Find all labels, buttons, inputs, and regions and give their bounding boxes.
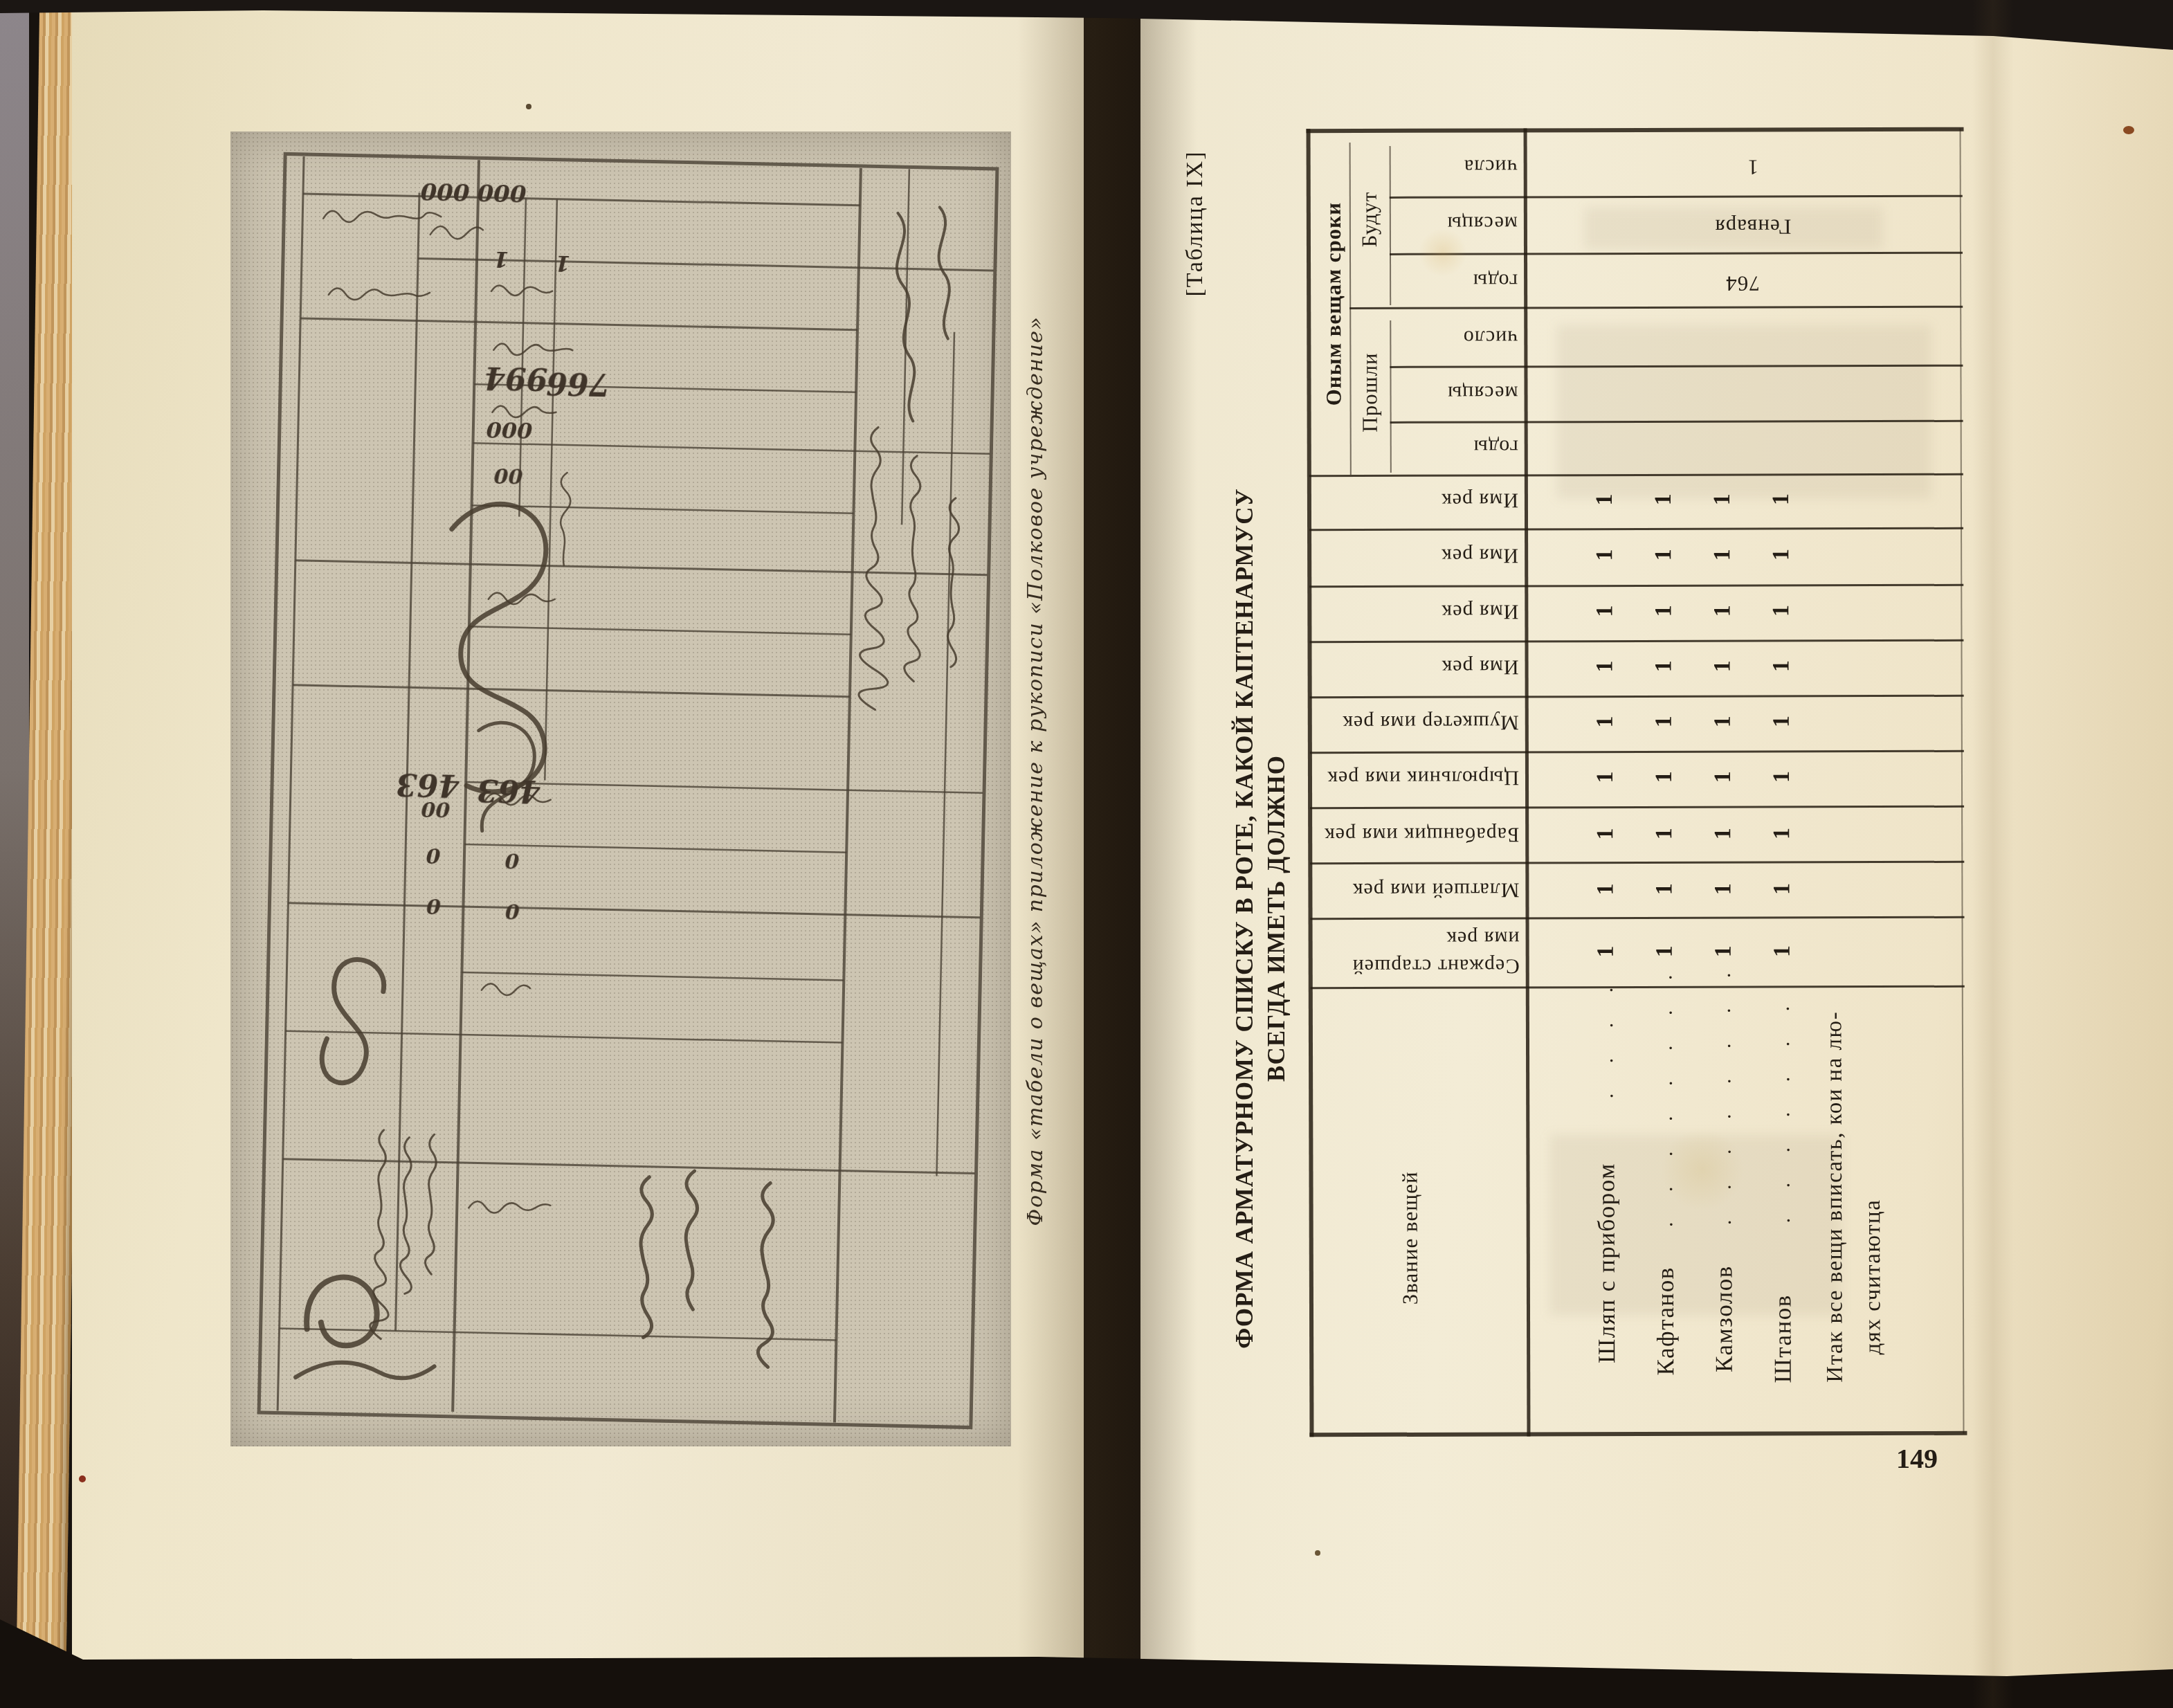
qty-cell: 1 (1709, 653, 1738, 680)
col-header-musketeer: Мушкетер имя рек (1301, 707, 1519, 737)
item-note-line2: дях считаютца (1857, 1144, 1889, 1410)
qty-cell: 1 (1767, 819, 1797, 847)
table-rule (1390, 420, 1963, 424)
qty-cell: 1 (1767, 652, 1797, 680)
paper-stain (1419, 228, 1467, 277)
page-number: 149 (1869, 1442, 1965, 1475)
facsimile-number: 000 (471, 177, 534, 208)
date-month: Генваря (1677, 212, 1829, 242)
qty-cell: 1 (1767, 485, 1796, 513)
qty-cell: 1 (1650, 875, 1679, 903)
qty-cell: 1 (1590, 486, 1619, 514)
qty-cell: 1 (1590, 597, 1619, 625)
table-header-divider (1524, 128, 1531, 1436)
table-rule (1310, 750, 1964, 754)
facsimile-number: 0 (501, 847, 522, 874)
qty-cell: 1 (1708, 486, 1737, 514)
qty-cell: 1 (1650, 708, 1679, 736)
qty-cell: 1 (1650, 820, 1679, 848)
col-header-sergeant: Сержант старшей имя рек (1302, 924, 1520, 980)
paper-speck (79, 1475, 86, 1482)
book-spread-scan: 000 000 1 1 994 766 000 00 463 463 00 0 … (0, 0, 2173, 1708)
qty-cell: 1 (1768, 937, 1797, 965)
qty-cell: 1 (1591, 708, 1620, 736)
facsimile-number: 00 (484, 462, 533, 490)
col-header-junior: Млатшей имя рек (1301, 875, 1519, 905)
col-header-day: числа (1300, 152, 1518, 181)
table-rule (1309, 639, 1963, 643)
col-header-sergeant-line1: Сержант старшей (1302, 952, 1520, 980)
table-border-top (1307, 127, 1964, 133)
facsimile-number: 0 (423, 842, 444, 869)
col-header-month: месяцы (1300, 378, 1518, 408)
table-rule (1309, 527, 1963, 531)
qty-cell: 1 (1767, 597, 1796, 624)
table-title-line2: ВСЕГДА ИМЕТЬ ДОЛЖНО (1261, 755, 1293, 1082)
qty-cell: 1 (1651, 938, 1680, 965)
item-row-pants: Штанов (1767, 1264, 1799, 1413)
col-header-year: годы (1300, 432, 1518, 462)
leader-dots: . . . . (1593, 974, 1619, 1099)
facsimile-number: 1 (547, 248, 578, 278)
facsimile-grid (259, 154, 997, 1427)
facsimile-number: 463 (470, 770, 547, 810)
qty-cell: 1 (1649, 597, 1678, 625)
qty-cell: 1 (1767, 707, 1797, 735)
qty-cell: 1 (1591, 653, 1620, 680)
armature-list-table: Оным вещам сроки Будут Прошли числа меся… (1307, 127, 1967, 1437)
paper-speck (1315, 1550, 1320, 1556)
qty-cell: 1 (1590, 541, 1619, 569)
qty-cell: 1 (1591, 820, 1620, 848)
facsimile-caption: Форма «табели о вещах» приложение к руко… (1020, 297, 1051, 1245)
date-day: 1 (1711, 152, 1794, 181)
col-header-drummer: Барабанщик имя рек (1301, 819, 1519, 849)
qty-cell: 1 (1709, 763, 1738, 791)
table-rule (1309, 473, 1963, 477)
col-header-month: месяцы (1300, 208, 1518, 238)
qty-cell: 1 (1709, 708, 1738, 736)
table-title-line1: ФОРМА АРМАТУРНОМУ СПИСКУ В РОТЕ, КАКОЙ К… (1229, 488, 1261, 1348)
qty-cell: 1 (1709, 820, 1738, 848)
qty-cell: 1 (1592, 938, 1621, 965)
qty-cell: 1 (1767, 875, 1797, 902)
qty-cell: 1 (1767, 763, 1797, 790)
facsimile-number: 0 (423, 893, 444, 920)
facsimile-number: 766 (540, 363, 617, 403)
facsimile-number: 000 (414, 176, 477, 206)
paper-speck (526, 104, 531, 109)
leader-dots: . . . . . . . (1770, 970, 1797, 1246)
col-header-name: Имя рек (1301, 652, 1519, 682)
table-rule (1309, 584, 1963, 588)
table-rule (1390, 195, 1963, 199)
items-column-header: Звание вещей (1397, 1089, 1424, 1387)
qty-cell: 1 (1649, 541, 1678, 569)
col-header-barber: Цырюльник имя рек (1301, 763, 1519, 792)
qty-cell: 1 (1709, 875, 1738, 903)
col-header-year: годы (1300, 266, 1518, 296)
facsimile-photo: 000 000 1 1 994 766 000 00 463 463 00 0 … (230, 131, 1011, 1446)
facsimile-table: 000 000 1 1 994 766 000 00 463 463 00 0 … (257, 152, 999, 1429)
item-row-hats: Шляп с прибором (1591, 1114, 1622, 1412)
col-header-name: Имя рек (1300, 597, 1518, 626)
qty-cell: 1 (1591, 763, 1620, 791)
qty-cell: 1 (1650, 763, 1679, 791)
qty-cell: 1 (1650, 653, 1679, 680)
table-rule (1349, 306, 1963, 309)
item-row-caftans: Кафтанов (1651, 1228, 1682, 1415)
qty-cell: 1 (1649, 486, 1678, 514)
table-rule (1390, 365, 1963, 368)
facsimile-number: 1 (486, 245, 517, 275)
table-rule (1390, 252, 1963, 255)
item-row-camisoles: Камзолов (1709, 1224, 1740, 1414)
table-title: ФОРМА АРМАТУРНОМУ СПИСКУ В РОТЕ, КАКОЙ К… (1229, 520, 1293, 1316)
col-header-sergeant-line2: имя рек (1302, 924, 1520, 952)
facsimile-number: 000 (478, 415, 540, 445)
qty-cell: 1 (1767, 540, 1796, 568)
facsimile-number: 0 (502, 898, 523, 925)
facsimile-number: 00 (411, 794, 460, 823)
table-border-right (1960, 129, 1965, 1434)
facsimile-handwriting (257, 152, 999, 1429)
col-header-name: Имя рек (1300, 540, 1518, 570)
table-number-tag: [Таблица IX] (1180, 109, 1210, 338)
paper-stain (1661, 1128, 1744, 1211)
qty-cell: 1 (1708, 597, 1737, 625)
qty-cell: 1 (1591, 875, 1620, 903)
table-rule (1310, 806, 1964, 809)
date-year: 764 (1687, 269, 1798, 298)
qty-cell: 1 (1708, 541, 1737, 569)
col-header-day: число (1300, 322, 1518, 352)
table-rule (1311, 916, 1965, 920)
table-rule (1310, 695, 1964, 698)
paper-speck (2123, 126, 2134, 134)
col-header-name: Имя рек (1300, 485, 1518, 515)
fore-edge-shading (1972, 0, 2014, 1708)
table-rule (1311, 985, 1965, 989)
item-note-line1: Итак все вещи вписать, кои на лю- (1819, 981, 1851, 1413)
table-rule (1310, 861, 1964, 864)
